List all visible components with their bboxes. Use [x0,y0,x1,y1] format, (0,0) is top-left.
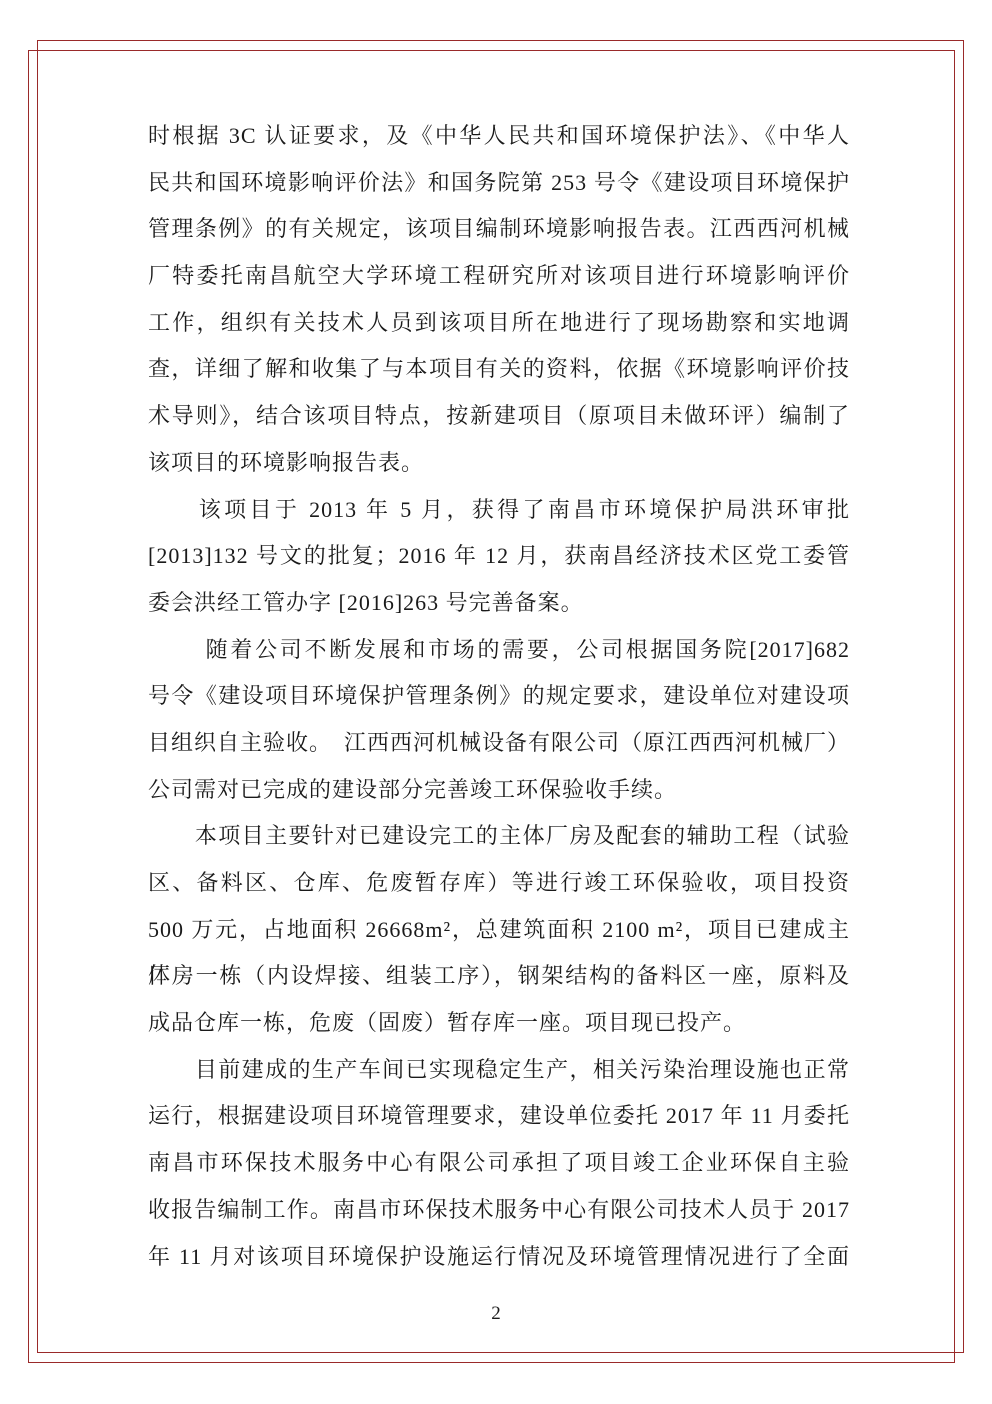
text-line: 查，详细了解和收集了与本项目有关的资料，依据《环境影响评价技 [148,346,850,393]
text-line: 术导则》，结合该项目特点，按新建项目（原项目未做环评）编制了 [148,393,850,440]
document-text: 时根据 3C 认证要求，及《中华人民共和国环境保护法》、《中华人民共和国环境影响… [148,113,850,1280]
text-line: 时根据 3C 认证要求，及《中华人民共和国环境保护法》、《中华人 [148,113,850,160]
text-line: 民共和国环境影响评价法》和国务院第 253 号令《建设项目环境保护 [148,160,850,207]
text-line: 委会洪经工管办字 [2016]263 号完善备案。 [148,580,850,627]
text-line: 年 11 月对该项目环境保护设施运行情况及环境管理情况进行了全面 [148,1234,850,1281]
text-line: [2013]132 号文的批复；2016 年 12 月，获南昌经济技术区党工委管 [148,533,850,580]
text-line: 区、备料区、仓库、危废暂存库）等进行竣工环保验收，项目投资 [148,860,850,907]
text-line: 号令《建设项目环境保护管理条例》的规定要求，建设单位对建设项 [148,673,850,720]
text-line: 该项目于 2013 年 5 月，获得了南昌市环境保护局洪环审批 [148,487,850,534]
text-line: 厂特委托南昌航空大学环境工程研究所对该项目进行环境影响评价 [148,253,850,300]
text-line: 随着公司不断发展和市场的需要，公司根据国务院[2017]682 [148,627,850,674]
text-line: 目组织自主验收。 江西西河机械设备有限公司（原江西西河机械厂） [148,720,850,767]
paragraph: 该项目于 2013 年 5 月，获得了南昌市环境保护局洪环审批[2013]132… [148,487,850,627]
text-line: 工作，组织有关技术人员到该项目所在地进行了现场勘察和实地调 [148,300,850,347]
paragraph: 随着公司不断发展和市场的需要，公司根据国务院[2017]682号令《建设项目环境… [148,627,850,814]
text-line: 本项目主要针对已建设完工的主体厂房及配套的辅助工程（试验 [148,813,850,860]
document-page: 时根据 3C 认证要求，及《中华人民共和国环境保护法》、《中华人民共和国环境影响… [0,0,992,1404]
paragraph: 本项目主要针对已建设完工的主体厂房及配套的辅助工程（试验区、备料区、仓库、危废暂… [148,813,850,1046]
text-line: 500 万元，占地面积 26668m²，总建筑面积 2100 m²，项目已建成主… [148,907,850,954]
paragraph: 时根据 3C 认证要求，及《中华人民共和国环境保护法》、《中华人民共和国环境影响… [148,113,850,487]
text-line: 公司需对已完成的建设部分完善竣工环保验收手续。 [148,767,850,814]
text-line: 南昌市环保技术服务中心有限公司承担了项目竣工企业环保自主验 [148,1140,850,1187]
text-line: 管理条例》的有关规定，该项目编制环境影响报告表。江西西河机械 [148,206,850,253]
text-line: 目前建成的生产车间已实现稳定生产，相关污染治理设施也正常 [148,1047,850,1094]
paragraph: 目前建成的生产车间已实现稳定生产，相关污染治理设施也正常运行，根据建设项目环境管… [148,1047,850,1280]
page-number: 2 [0,1303,992,1325]
text-line: 该项目的环境影响报告表。 [148,440,850,487]
text-line: 厂房一栋（内设焊接、组装工序），钢架结构的备料区一座，原料及 [148,953,850,1000]
text-line: 成品仓库一栋，危废（固废）暂存库一座。项目现已投产。 [148,1000,850,1047]
text-line: 收报告编制工作。南昌市环保技术服务中心有限公司技术人员于 2017 [148,1187,850,1234]
text-line: 运行，根据建设项目环境管理要求，建设单位委托 2017 年 11 月委托 [148,1093,850,1140]
